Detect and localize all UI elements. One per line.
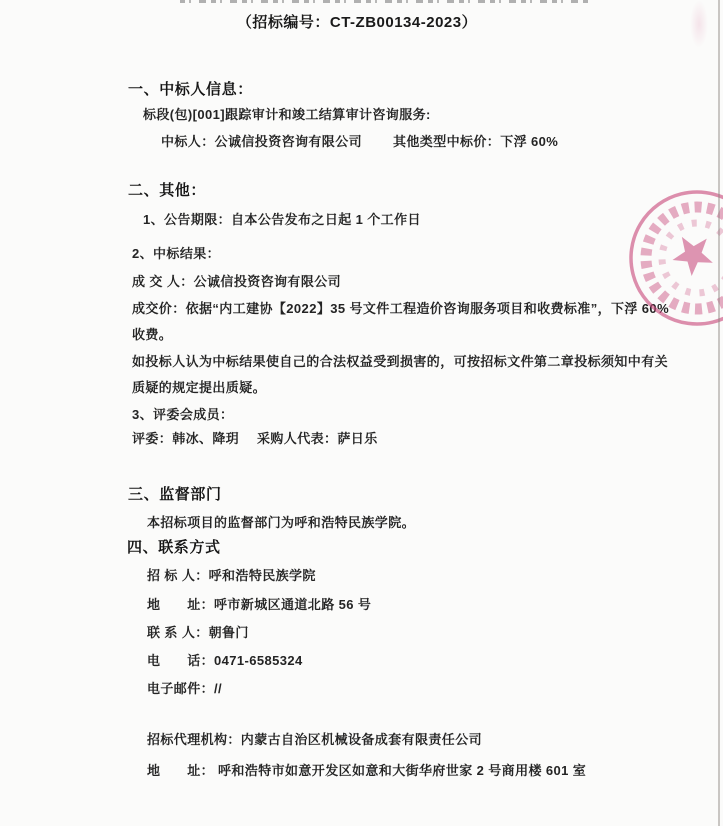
deal-price-line1: 成交价：依据“内工建协【2022】35 号文件工程造价咨询服务项目和收费标准”，… xyxy=(132,298,669,317)
dealer-name: 成 交 人：公诚信投资咨询有限公司 xyxy=(132,271,341,290)
winner-price: 其他类型中标价：下浮 60% xyxy=(393,131,558,150)
deal-price-line2: 收费。 xyxy=(132,324,172,343)
agency-address: 地 址： 呼和浩特市如意开发区如意和大街华府世家 2 号商用楼 601 室 xyxy=(147,760,586,779)
section2-heading: 二、其他： xyxy=(128,179,206,200)
section1-heading: 一、中标人信息： xyxy=(128,78,253,99)
tenderee-address: 地 址：呼市新城区通道北路 56 号 xyxy=(147,594,371,613)
scan-edge-line xyxy=(718,0,720,826)
phone-number: 电 话：0471-6585324 xyxy=(147,650,303,669)
tenderee-name: 招 标 人：呼和浩特民族学院 xyxy=(147,565,316,584)
email-line: 电子邮件：// xyxy=(147,678,222,697)
tender-number: （招标编号：CT-ZB00134-2023） xyxy=(177,11,537,32)
red-seal-stamp xyxy=(610,174,723,344)
agency-name: 招标代理机构：内蒙古自治区机械设备成套有限责任公司 xyxy=(147,729,482,748)
contact-person: 联 系 人：朝鲁门 xyxy=(147,622,249,641)
objection-line1: 如投标人认为中标结果使自己的合法权益受到损害的，可按招标文件第二章投标须知中有关 xyxy=(132,351,668,370)
notice-period: 1、公告期限：自本公告发布之日起 1 个工作日 xyxy=(143,209,421,228)
result-heading: 2、中标结果： xyxy=(132,243,220,262)
supervision-body: 本招标项目的监督部门为呼和浩特民族学院。 xyxy=(147,512,415,531)
seal-star-icon xyxy=(665,226,720,280)
section4-heading: 四、联系方式 xyxy=(127,536,221,557)
judges-names: 评委：韩冰、降玥 xyxy=(132,428,239,447)
winner-name: 中标人：公诚信投资咨询有限公司 xyxy=(161,131,362,150)
clipped-text-remnant xyxy=(180,0,592,3)
objection-line2: 质疑的规定提出质疑。 xyxy=(132,377,266,396)
scanned-document-page: （招标编号：CT-ZB00134-2023） 一、中标人信息： 标段(包)[00… xyxy=(0,0,723,826)
lot-description: 标段(包)[001]跟踪审计和竣工结算审计咨询服务: xyxy=(143,104,431,123)
section3-heading: 三、监督部门 xyxy=(128,483,222,504)
ink-smudge xyxy=(690,0,708,48)
purchaser-representative: 采购人代表：萨日乐 xyxy=(257,428,378,447)
committee-heading: 3、评委会成员： xyxy=(132,404,233,423)
